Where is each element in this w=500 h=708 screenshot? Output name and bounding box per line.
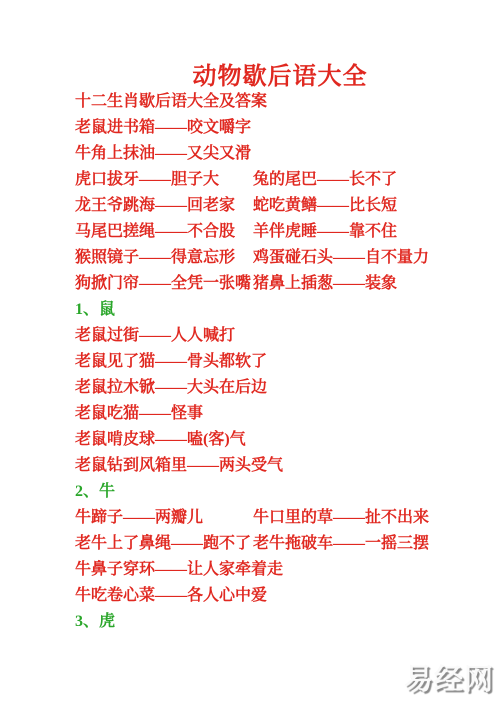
watermark: 易经网: [404, 657, 494, 698]
proverb-line: 马尾巴搓绳——不合股羊伴虎睡——靠不住: [75, 219, 495, 245]
proverb-line: 老鼠啃皮球——嗑(客)气: [75, 427, 495, 453]
document-page: 动物歇后语大全 十二生肖歇后语大全及答案老鼠进书箱——咬文嚼字牛角上抹油——又尖…: [0, 0, 500, 708]
proverb-line: 虎口拔牙——胆子大兔的尾巴——长不了: [75, 167, 495, 193]
proverb-col2: 鸡蛋碰石头——自不量力: [253, 249, 429, 266]
proverb-col2: 羊伴虎睡——靠不住: [253, 223, 397, 240]
proverb-line: 老牛上了鼻绳——跑不了老牛拖破车——一摇三摆: [75, 531, 495, 557]
proverb-line: 牛角上抹油——又尖又滑: [75, 141, 495, 167]
proverb-line: 老鼠进书箱——咬文嚼字: [75, 115, 495, 141]
proverb-col2: 牛口里的草——扯不出来: [253, 509, 429, 526]
proverb-line: 牛鼻子穿环——让人家牵着走: [75, 557, 495, 583]
proverb-line: 十二生肖歇后语大全及答案: [75, 89, 495, 115]
proverb-line: 牛蹄子——两瓣儿牛口里的草——扯不出来: [75, 505, 495, 531]
page-title: 动物歇后语大全: [75, 56, 485, 91]
proverb-line: 老鼠拉木锨——大头在后边: [75, 375, 495, 401]
proverb-col1: 老牛上了鼻绳——跑不了: [75, 531, 253, 557]
proverb-col1: 狗掀门帘——全凭一张嘴: [75, 271, 253, 297]
proverb-col1: 龙王爷跳海——回老家: [75, 193, 253, 219]
proverb-list: 十二生肖歇后语大全及答案老鼠进书箱——咬文嚼字牛角上抹油——又尖又滑虎口拔牙——…: [75, 89, 495, 635]
proverb-line: 龙王爷跳海——回老家蛇吃黄鳝——比长短: [75, 193, 495, 219]
proverb-col2: 蛇吃黄鳝——比长短: [253, 197, 397, 214]
section-header: 2、牛: [75, 479, 495, 505]
proverb-line: 狗掀门帘——全凭一张嘴猪鼻上插葱——装象: [75, 271, 495, 297]
proverb-line: 老鼠钻到风箱里——两头受气: [75, 453, 495, 479]
proverb-line: 猴照镜子——得意忘形鸡蛋碰石头——自不量力: [75, 245, 495, 271]
proverb-line: 老鼠见了猫——骨头都软了: [75, 349, 495, 375]
proverb-col1: 猴照镜子——得意忘形: [75, 245, 253, 271]
proverb-col2: 老牛拖破车——一摇三摆: [253, 535, 429, 552]
proverb-line: 老鼠过街——人人喊打: [75, 323, 495, 349]
proverb-col1: 牛蹄子——两瓣儿: [75, 505, 253, 531]
proverb-col2: 兔的尾巴——长不了: [253, 171, 397, 188]
section-header: 3、虎: [75, 609, 495, 635]
section-header: 1、鼠: [75, 297, 495, 323]
proverb-line: 老鼠吃猫——怪事: [75, 401, 495, 427]
proverb-col2: 猪鼻上插葱——装象: [253, 275, 397, 292]
proverb-col1: 马尾巴搓绳——不合股: [75, 219, 253, 245]
proverb-line: 牛吃卷心菜——各人心中爱: [75, 583, 495, 609]
proverb-col1: 虎口拔牙——胆子大: [75, 167, 253, 193]
